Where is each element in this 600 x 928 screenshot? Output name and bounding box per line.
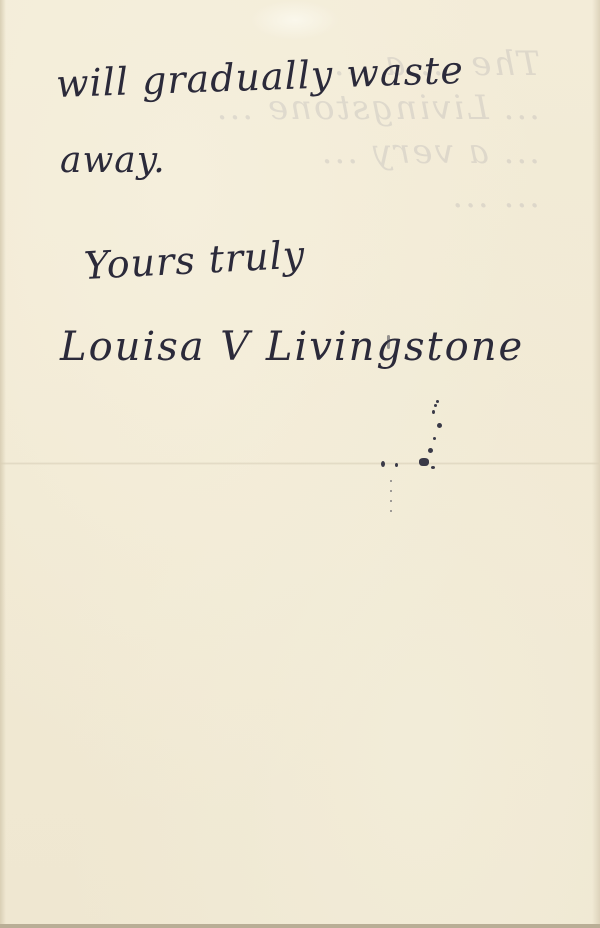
letter-closing: Yours truly — [83, 232, 306, 288]
paper-crease — [250, 0, 340, 40]
paper-edge-left — [0, 0, 6, 928]
letter-page: The ... a ... ... Livingstone ... ... a … — [0, 0, 600, 928]
paper-edge-right — [592, 0, 600, 928]
letter-line-1: will gradually waste — [55, 48, 464, 106]
letter-line-2: away. — [60, 140, 166, 181]
letter-signature: Louisa V Livingstone — [60, 324, 524, 370]
paper-edge-bottom — [0, 924, 600, 928]
paper-fold-line — [0, 462, 600, 465]
